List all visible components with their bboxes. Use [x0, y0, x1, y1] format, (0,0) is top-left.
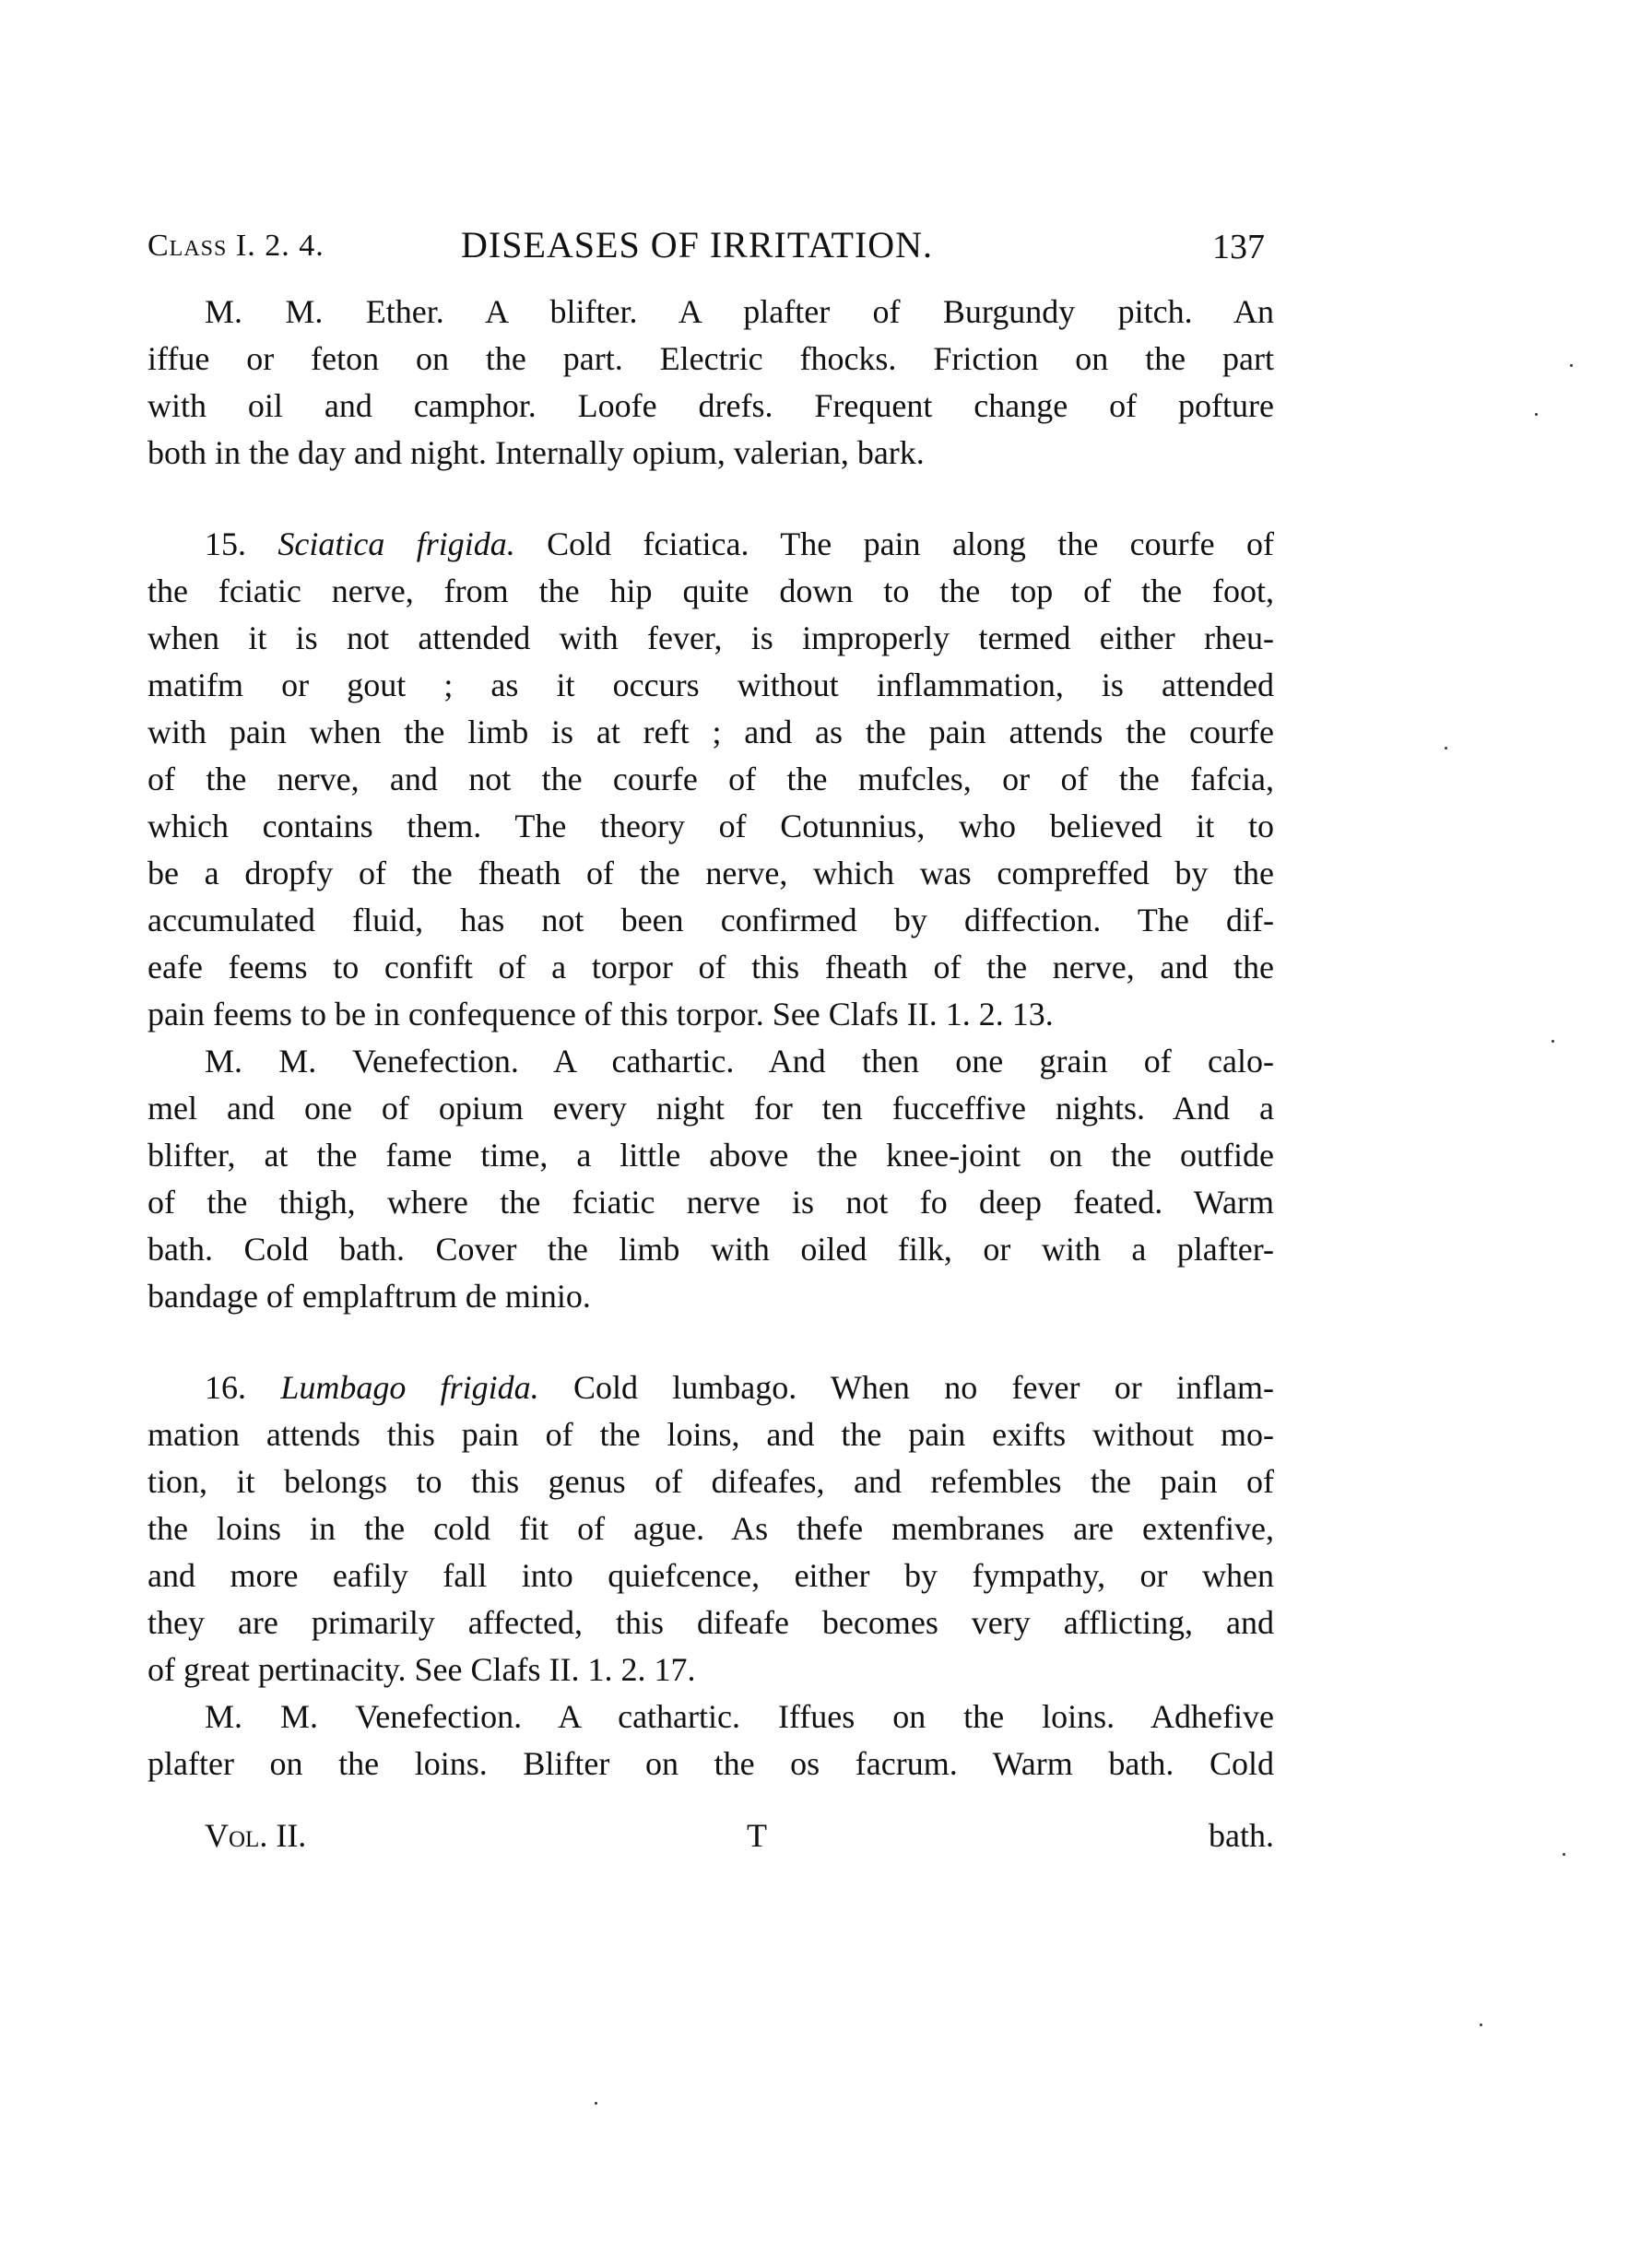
scan-speck — [595, 2102, 597, 2105]
line-text: and more eafily fall into quiefcence, ei… — [147, 1557, 1274, 1594]
line-text: blifter, at the fame time, a little abov… — [147, 1137, 1274, 1174]
scan-speck — [1570, 364, 1573, 367]
class-number: I. 2. 4. — [236, 229, 324, 263]
line-text: mel and one of opium every night for ten… — [147, 1090, 1274, 1127]
text-line: when it is not attended with fever, is i… — [147, 615, 1274, 662]
line-text: Cold lumbago. When no fever or inflam- — [539, 1369, 1274, 1406]
volume-number: II. — [276, 1817, 306, 1854]
text-line: plafter on the loins. Blifter on the os … — [147, 1740, 1274, 1788]
line-text: with oil and camphor. Loofe drefs. Frequ… — [147, 387, 1274, 424]
disease-name: Lumbago frigida. — [280, 1369, 538, 1406]
text-line: 16. Lumbago frigida. Cold lumbago. When … — [147, 1364, 1274, 1411]
text-line: with oil and camphor. Loofe drefs. Frequ… — [147, 383, 1274, 430]
running-head: Class I. 2. 4. DISEASES OF IRRITATION. 1… — [147, 223, 1274, 275]
line-text: bandage of emplaftrum de minio. — [147, 1278, 591, 1315]
line-text: accumulated fluid, has not been confirme… — [147, 902, 1274, 938]
volume-signature: Vol. II. — [205, 1812, 306, 1859]
text-line: tion, it belongs to this genus of difeaf… — [147, 1458, 1274, 1505]
text-line: bath. Cold bath. Cover the limb with oil… — [147, 1226, 1274, 1273]
line-text: they are primarily affected, this difeaf… — [147, 1604, 1274, 1641]
line-text: mation attends this pain of the loins, a… — [147, 1416, 1274, 1453]
text-line: with pain when the limb is at reft ; and… — [147, 709, 1274, 756]
text-line: M. M. Venefection. A cathartic. Iffues o… — [147, 1693, 1274, 1740]
line-text: M. M. Ether. A blifter. A plafter of Bur… — [205, 293, 1274, 330]
paragraph-gap — [147, 477, 1274, 521]
text-line: accumulated fluid, has not been confirme… — [147, 897, 1274, 944]
paragraph-gap — [147, 1320, 1274, 1364]
line-text: bath. Cold bath. Cover the limb with oil… — [147, 1231, 1274, 1268]
line-text: of the thigh, where the fciatic nerve is… — [147, 1184, 1274, 1221]
text-line: which contains them. The theory of Cotun… — [147, 803, 1274, 850]
line-text: Cold fciatica. The pain along the courfe… — [515, 525, 1274, 562]
line-text: which contains them. The theory of Cotun… — [147, 808, 1274, 844]
text-line: bandage of emplaftrum de minio. — [147, 1273, 1274, 1320]
text-line: matifm or gout ; as it occurs without in… — [147, 662, 1274, 709]
line-text: of the nerve, and not the courfe of the … — [147, 761, 1274, 797]
entry-number: 16. — [205, 1369, 280, 1406]
line-text: matifm or gout ; as it occurs without in… — [147, 667, 1274, 703]
volume-label: Vol. — [205, 1817, 267, 1854]
scan-speck — [1563, 1853, 1565, 1856]
text-line: of great pertinacity. See Clafs II. 1. 2… — [147, 1646, 1274, 1693]
line-text: the fciatic nerve, from the hip quite do… — [147, 572, 1274, 609]
scan-speck — [1552, 1040, 1554, 1043]
text-line: the fciatic nerve, from the hip quite do… — [147, 568, 1274, 615]
text-line: mel and one of opium every night for ten… — [147, 1085, 1274, 1132]
signature-mark: T — [747, 1812, 767, 1859]
page-footer: Vol. II. T bath. — [147, 1812, 1274, 1859]
line-text: both in the day and night. Internally op… — [147, 434, 925, 471]
catchword: bath. — [1209, 1812, 1274, 1859]
text-line: both in the day and night. Internally op… — [147, 430, 1274, 477]
chapter-title: DISEASES OF IRRITATION. — [461, 223, 933, 266]
text-line: 15. Sciatica frigida. Cold fciatica. The… — [147, 521, 1274, 568]
class-reference: Class I. 2. 4. — [147, 229, 324, 264]
text-line: eafe feems to confift of a torpor of thi… — [147, 944, 1274, 991]
line-text: M. M. Venefection. A cathartic. Iffues o… — [205, 1698, 1274, 1735]
line-text: eafe feems to confift of a torpor of thi… — [147, 949, 1274, 985]
disease-name: Sciatica frigida. — [277, 525, 514, 562]
text-line: the loins in the cold fit of ague. As th… — [147, 1505, 1274, 1552]
line-text: when it is not attended with fever, is i… — [147, 619, 1274, 656]
text-line: they are primarily affected, this difeaf… — [147, 1599, 1274, 1646]
text-line: blifter, at the fame time, a little abov… — [147, 1132, 1274, 1179]
line-text: the loins in the cold fit of ague. As th… — [147, 1510, 1274, 1547]
text-line: be a dropfy of the fheath of the nerve, … — [147, 850, 1274, 897]
scan-speck — [1535, 413, 1538, 416]
line-text: tion, it belongs to this genus of difeaf… — [147, 1463, 1274, 1500]
scan-speck — [1445, 747, 1447, 749]
text-line: and more eafily fall into quiefcence, ei… — [147, 1552, 1274, 1599]
line-text: of great pertinacity. See Clafs II. 1. 2… — [147, 1651, 695, 1688]
class-label: Class — [147, 229, 227, 263]
body-text: M. M. Ether. A blifter. A plafter of Bur… — [147, 289, 1274, 1788]
text-line: iffue or feton on the part. Electric fho… — [147, 336, 1274, 383]
text-line: pain feems to be in confequence of this … — [147, 991, 1274, 1038]
scan-speck — [1480, 2024, 1482, 2026]
line-text: be a dropfy of the fheath of the nerve, … — [147, 855, 1274, 891]
line-text: iffue or feton on the part. Electric fho… — [147, 340, 1274, 377]
text-line: of the nerve, and not the courfe of the … — [147, 756, 1274, 803]
line-text: with pain when the limb is at reft ; and… — [147, 714, 1274, 750]
line-text: pain feems to be in confequence of this … — [147, 996, 1054, 1032]
line-text: plafter on the loins. Blifter on the os … — [147, 1745, 1274, 1782]
text-line: mation attends this pain of the loins, a… — [147, 1411, 1274, 1458]
text-line: M. M. Venefection. A cathartic. And then… — [147, 1038, 1274, 1085]
page-number: 137 — [1212, 227, 1265, 267]
entry-number: 15. — [205, 525, 277, 562]
text-line: M. M. Ether. A blifter. A plafter of Bur… — [147, 289, 1274, 336]
text-line: of the thigh, where the fciatic nerve is… — [147, 1179, 1274, 1226]
line-text: M. M. Venefection. A cathartic. And then… — [205, 1043, 1274, 1080]
